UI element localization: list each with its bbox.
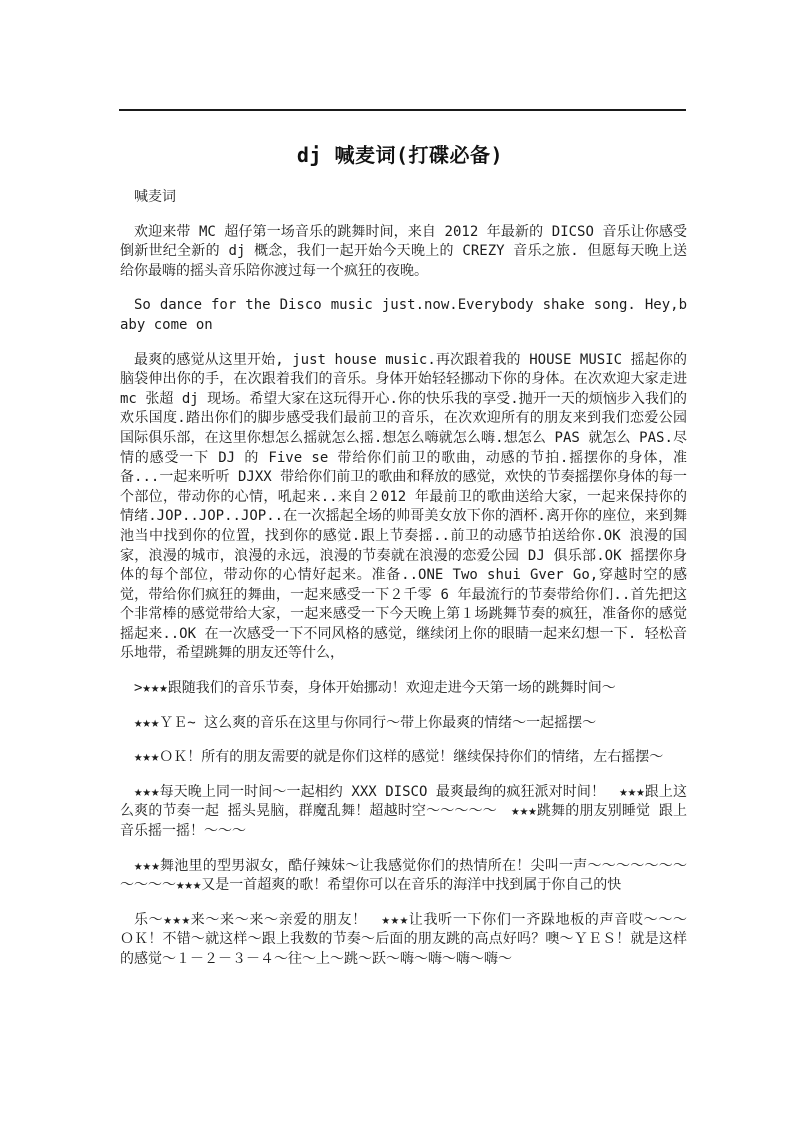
paragraph-7: ★★★ＯＫ！所有的朋友需要的就是你们这样的感觉！继续保持你们的情绪，左右摇摆～ [120,748,687,768]
document-body: 喊麦词欢迎来带 MC 超仔第一场音乐的跳舞时间，来自 2012 年最新的 DIC… [0,188,800,970]
document-page: dj 喊麦词(打碟必备) 喊麦词欢迎来带 MC 超仔第一场音乐的跳舞时间，来自 … [0,0,800,1131]
paragraph-5: >★★★跟随我们的音乐节奏，身体开始挪动！欢迎走进今天第一场的跳舞时间～ [120,679,687,699]
header-rule [119,109,686,111]
paragraph-10: 乐～★★★来～来～来～亲爱的朋友！ ★★★让我听一下你们一齐跺地板的声音哎～～～… [120,911,687,970]
paragraph-2: 欢迎来带 MC 超仔第一场音乐的跳舞时间，来自 2012 年最新的 DICSO … [120,223,687,282]
paragraph-3: So dance for the Disco music just.now.Ev… [120,296,687,335]
paragraph-6: ★★★ＹＥ~ 这么爽的音乐在这里与你同行～带上你最爽的情绪～一起摇摆～ [120,714,687,734]
paragraph-9: ★★★舞池里的型男淑女，酷仔辣妹～让我感觉你们的热情所在！尖叫一声～～～～～～～… [120,857,687,896]
page-title: dj 喊麦词(打碟必备) [0,139,800,168]
paragraph-4: 最爽的感觉从这里开始, just house music.再次跟着我的 HOUS… [120,351,687,665]
paragraph-1: 喊麦词 [120,188,687,208]
paragraph-8: ★★★每天晚上同一时间～一起相约 XXX DISCO 最爽最绚的疯狂派对时间！ … [120,783,687,842]
